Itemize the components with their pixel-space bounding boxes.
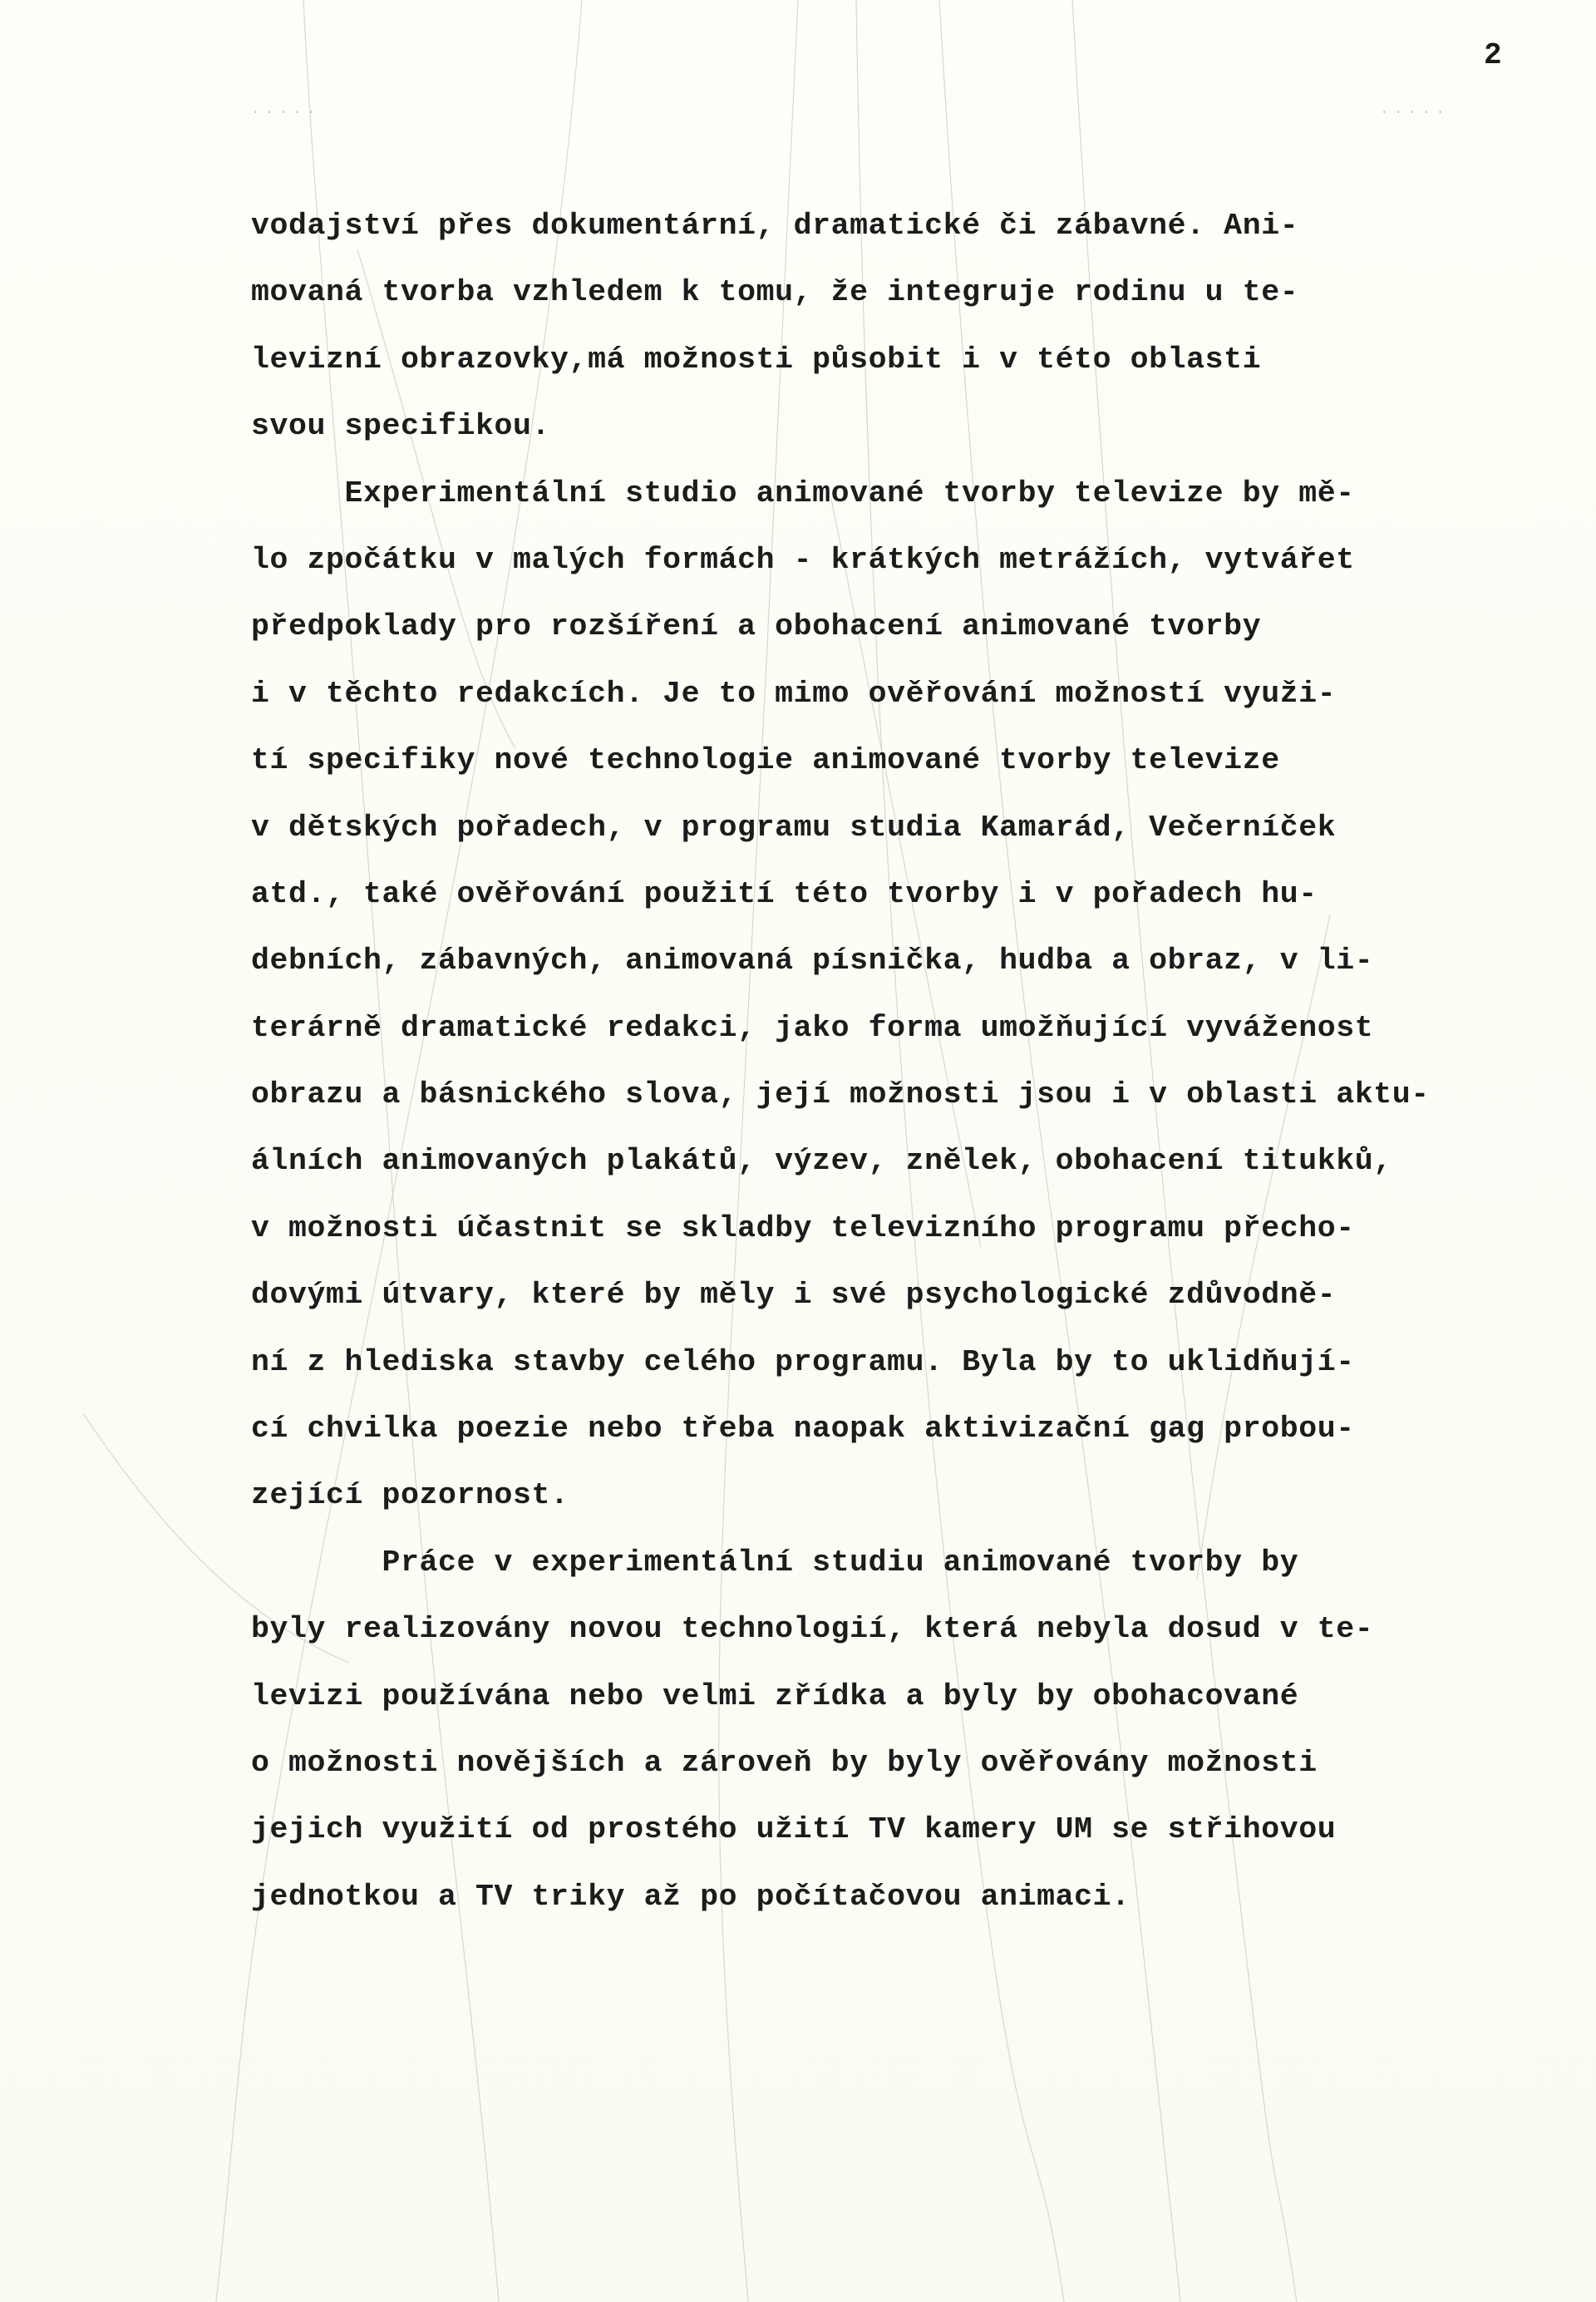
text-line: terárně dramatické redakci, jako forma u… bbox=[251, 995, 1548, 1062]
text-line: vodajství přes dokumentární, dramatické … bbox=[251, 193, 1548, 259]
text-line: i v těchto redakcích. Je to mimo ověřová… bbox=[251, 661, 1548, 727]
text-line: movaná tvorba vzhledem k tomu, že integr… bbox=[251, 259, 1548, 326]
text-line: jednotkou a TV triky až po počítačovou a… bbox=[251, 1864, 1548, 1930]
typewritten-page: ····· ····· 2 vodajství přes dokumentárn… bbox=[0, 0, 1596, 2302]
text-line: obrazu a básnického slova, její možnosti… bbox=[251, 1062, 1548, 1128]
text-line: svou specifikou. bbox=[251, 393, 1548, 460]
text-line: álních animovaných plakátů, výzev, zněle… bbox=[251, 1128, 1548, 1195]
text-line: lo zpočátku v malých formách - krátkých … bbox=[251, 527, 1548, 594]
text-line: ní z hlediska stavby celého programu. By… bbox=[251, 1329, 1548, 1396]
text-line: tí specifiky nové technologie animované … bbox=[251, 727, 1548, 794]
faint-bleedthrough-mark: ····· bbox=[1380, 105, 1450, 121]
text-line: Experimentální studio animované tvorby t… bbox=[251, 461, 1548, 527]
paragraph-1: vodajství přes dokumentární, dramatické … bbox=[251, 193, 1548, 461]
text-line: předpoklady pro rozšíření a obohacení an… bbox=[251, 594, 1548, 660]
faint-bleedthrough-mark: ····· bbox=[251, 105, 321, 121]
paragraph-3: Práce v experimentální studiu animované … bbox=[251, 1530, 1548, 1930]
body-text: vodajství přes dokumentární, dramatické … bbox=[251, 193, 1548, 1930]
paragraph-2: Experimentální studio animované tvorby t… bbox=[251, 461, 1548, 1530]
text-line: v možnosti účastnit se skladby televizní… bbox=[251, 1195, 1548, 1262]
text-line: o možnosti novějších a zároveň by byly o… bbox=[251, 1730, 1548, 1797]
text-line: zející pozornost. bbox=[251, 1462, 1548, 1529]
text-line: Práce v experimentální studiu animované … bbox=[251, 1530, 1548, 1596]
text-line: jejich využití od prostého užití TV kame… bbox=[251, 1797, 1548, 1863]
text-line: debních, zábavných, animovaná písnička, … bbox=[251, 928, 1548, 994]
page-number: 2 bbox=[1484, 38, 1502, 72]
text-line: byly realizovány novou technologií, kter… bbox=[251, 1596, 1548, 1663]
text-line: levizní obrazovky,má možnosti působit i … bbox=[251, 327, 1548, 393]
text-line: v dětských pořadech, v programu studia K… bbox=[251, 795, 1548, 861]
text-line: levizi používána nebo velmi zřídka a byl… bbox=[251, 1664, 1548, 1730]
text-line: dovými útvary, které by měly i své psych… bbox=[251, 1262, 1548, 1328]
text-line: atd., také ověřování použití této tvorby… bbox=[251, 861, 1548, 928]
text-line: cí chvilka poezie nebo třeba naopak akti… bbox=[251, 1396, 1548, 1462]
